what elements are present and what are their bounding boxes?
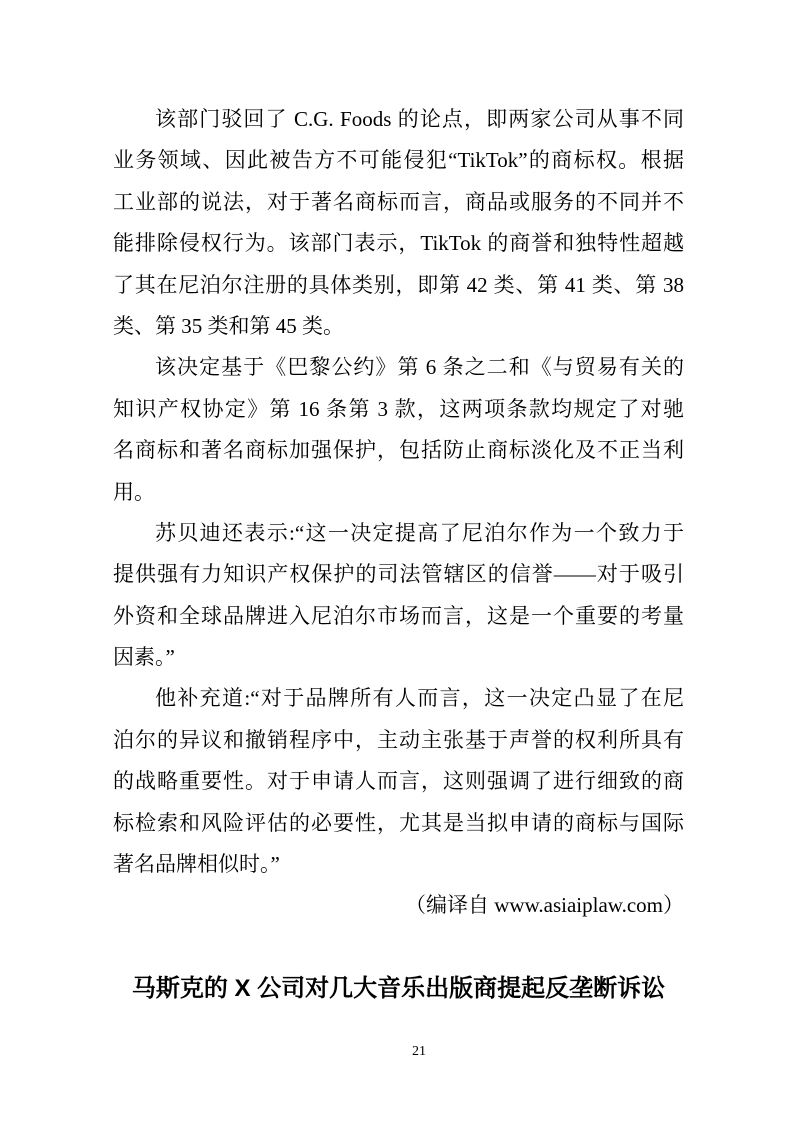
body-line: 的战略重要性。对于申请人而言，这则强调了进行细致的商 bbox=[113, 761, 684, 802]
body-line: 了其在尼泊尔注册的具体类别，即第 42 类、第 41 类、第 38 bbox=[113, 265, 684, 306]
section-heading: 马斯克的 X 公司对几大音乐出版商提起反垄断诉讼 bbox=[113, 966, 684, 1012]
page-number: 21 bbox=[113, 1042, 725, 1062]
body-line: 知识产权协定》第 16 条第 3 款，这两项条款均规定了对驰 bbox=[113, 389, 684, 430]
paragraph: 该决定基于《巴黎公约》第 6 条之二和《与贸易有关的 知识产权协定》第 16 条… bbox=[113, 347, 684, 513]
body-line: 因素。” bbox=[113, 637, 684, 678]
article-body: 该部门驳回了 C.G. Foods 的论点，即两家公司从事不同 业务领域、因此被… bbox=[113, 99, 684, 927]
body-line: 标检索和风险评估的必要性，尤其是当拟申请的商标与国际 bbox=[113, 803, 684, 844]
body-line: 该决定基于《巴黎公约》第 6 条之二和《与贸易有关的 bbox=[113, 347, 684, 388]
body-line: 工业部的说法，对于著名商标而言，商品或服务的不同并不 bbox=[113, 182, 684, 223]
paragraph: 他补充道:“对于品牌所有人而言，这一决定凸显了在尼 泊尔的异议和撤销程序中，主动… bbox=[113, 678, 684, 885]
paragraph: 该部门驳回了 C.G. Foods 的论点，即两家公司从事不同 业务领域、因此被… bbox=[113, 99, 684, 347]
body-line: 能排除侵权行为。该部门表示，TikTok 的商誉和独特性超越 bbox=[113, 223, 684, 264]
paragraph: 苏贝迪还表示:“这一决定提高了尼泊尔作为一个致力于 提供强有力知识产权保护的司法… bbox=[113, 513, 684, 679]
body-line: 著名品牌相似时。” bbox=[113, 844, 684, 885]
body-line: 用。 bbox=[113, 472, 684, 513]
body-line: 类、第 35 类和第 45 类。 bbox=[113, 306, 684, 347]
body-line: 泊尔的异议和撤销程序中，主动主张基于声誉的权利所具有 bbox=[113, 720, 684, 761]
body-line: 业务领域、因此被告方不可能侵犯“TikTok”的商标权。根据 bbox=[113, 140, 684, 181]
body-line: 名商标和著名商标加强保护，包括防止商标淡化及不正当利 bbox=[113, 430, 684, 471]
body-line: 提供强有力知识产权保护的司法管辖区的信誉——对于吸引 bbox=[113, 554, 684, 595]
document-page: 该部门驳回了 C.G. Foods 的论点，即两家公司从事不同 业务领域、因此被… bbox=[0, 0, 793, 1122]
body-line: 该部门驳回了 C.G. Foods 的论点，即两家公司从事不同 bbox=[113, 99, 684, 140]
source-attribution: （编译自 www.asiaiplaw.com） bbox=[113, 885, 684, 926]
body-line: 他补充道:“对于品牌所有人而言，这一决定凸显了在尼 bbox=[113, 678, 684, 719]
body-line: 苏贝迪还表示:“这一决定提高了尼泊尔作为一个致力于 bbox=[113, 513, 684, 554]
body-line: 外资和全球品牌进入尼泊尔市场而言，这是一个重要的考量 bbox=[113, 596, 684, 637]
